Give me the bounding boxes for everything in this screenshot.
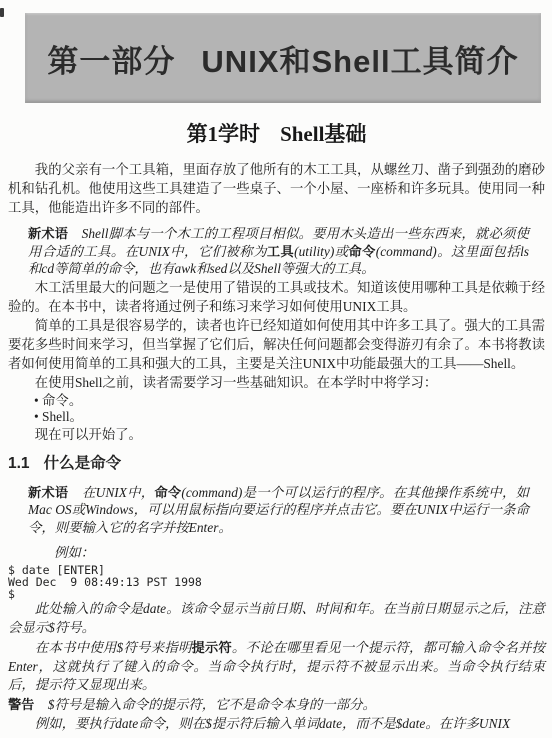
intro-paragraph: 我的父亲有一个工具箱，里面存放了他所有的木工工具，从螺丝刀、凿子到强劲的磨砂机和… bbox=[8, 160, 545, 217]
section-1-1-heading: 1.1 什么是命令 bbox=[8, 451, 545, 472]
warning-note: 警告 $符号是输入命令的提示符，它不是命令本身的一部分。 bbox=[8, 697, 545, 714]
code-line: Wed Dec 9 08:49:13 PST 1998 bbox=[8, 576, 545, 588]
code-example: $ date [ENTER]Wed Dec 9 08:49:13 PST 199… bbox=[8, 564, 545, 600]
part-banner-label: 第一部分 bbox=[47, 36, 175, 81]
scanned-book-page: 第一部分 UNIX和Shell工具简介 第1学时 Shell基础 我的父亲有一个… bbox=[0, 0, 552, 738]
simple-tools-paragraph: 简单的工具是很容易学的，读者也许已经知道如何使用其中许多工具了。强大的工具需要花… bbox=[8, 316, 545, 373]
bold-term: 新术语 bbox=[28, 226, 68, 241]
list-item-command: • 命令。 bbox=[34, 393, 545, 409]
code-line: $ bbox=[8, 588, 545, 600]
text-segment: 例如，要执行date命令，则在$提示符后输入单词date，而不是$date。在许… bbox=[35, 716, 510, 731]
text-segment: 木工活里最大的问题之一是使用了错误的工具或技术。知道该使用哪种工具是依赖于经验的… bbox=[8, 280, 545, 314]
section-title: 什么是命令 bbox=[44, 451, 122, 473]
start-paragraph: 现在可以开始了。 bbox=[8, 425, 545, 444]
tools-problem-paragraph: 木工活里最大的问题之一是使用了错误的工具或技术。知道该使用哪种工具是依赖于经验的… bbox=[8, 278, 545, 316]
bold-term: 新术语 bbox=[28, 485, 68, 500]
chapter-name: Shell基础 bbox=[280, 118, 366, 148]
date-explanation-paragraph: 此处输入的命令是date。该命令显示当前日期、时间和年。在当前日期显示之后，注意… bbox=[8, 600, 545, 637]
scan-artifact bbox=[0, 8, 4, 17]
new-term-note-2: 新术语 在UNIX中，命令(command)是一个可以运行的程序。在其他操作系统… bbox=[28, 484, 529, 537]
page-body: 第1学时 Shell基础 我的父亲有一个工具箱，里面存放了他所有的木工工具，从螺… bbox=[8, 117, 545, 733]
list-item-shell: • Shell。 bbox=[34, 409, 545, 425]
warning-example-paragraph: 例如，要执行date命令，则在$提示符后输入单词date，而不是$date。在许… bbox=[8, 715, 545, 733]
learning-list: • 命令。 • Shell。 bbox=[8, 393, 545, 425]
prompt-explanation-paragraph: 在本书中使用$符号来指明提示符。不论在哪里看见一个提示符，都可输入命令名并按En… bbox=[8, 639, 545, 694]
example-label: 例如： bbox=[54, 545, 545, 560]
bold-term: 命令 bbox=[349, 244, 376, 259]
chapter-title: 第1学时 Shell基础 bbox=[8, 117, 545, 149]
text-segment: (utility)或 bbox=[294, 244, 348, 259]
section-number: 1.1 bbox=[8, 455, 30, 473]
part-banner: 第一部分 UNIX和Shell工具简介 bbox=[25, 13, 541, 103]
text-segment: 在使用Shell之前，读者需要学习一些基础知识。在本学时中将学习： bbox=[35, 375, 437, 390]
text-segment: 在UNIX中， bbox=[68, 485, 154, 500]
part-banner-title: UNIX和Shell工具简介 bbox=[201, 36, 518, 81]
bold-term: 提示符 bbox=[192, 640, 232, 655]
text-segment: 我的父亲有一个工具箱，里面存放了他所有的木工工具，从螺丝刀、凿子到强劲的磨砂机和… bbox=[8, 162, 545, 215]
text-segment: 此处输入的命令是date。该命令显示当前日期、时间和年。在当前日期显示之后，注意… bbox=[8, 601, 545, 634]
text-segment: $符号是输入命令的提示符，它不是命令本身的一部分。 bbox=[34, 697, 375, 712]
learning-list-intro: 在使用Shell之前，读者需要学习一些基础知识。在本学时中将学习： bbox=[8, 373, 545, 392]
bold-term: 警告 bbox=[8, 697, 34, 712]
chapter-number: 第1学时 bbox=[187, 118, 261, 148]
text-segment: 在本书中使用$符号来指明 bbox=[35, 640, 192, 655]
new-term-note-1: 新术语 Shell脚本与一个木工的工程项目相似。要用木头造出一些东西来，就必须使… bbox=[28, 225, 529, 278]
bold-term: 工具 bbox=[267, 244, 294, 259]
bold-term: 命令 bbox=[154, 485, 181, 500]
text-segment: 简单的工具是很容易学的，读者也许已经知道如何使用其中许多工具了。强大的工具需要花… bbox=[8, 318, 545, 371]
